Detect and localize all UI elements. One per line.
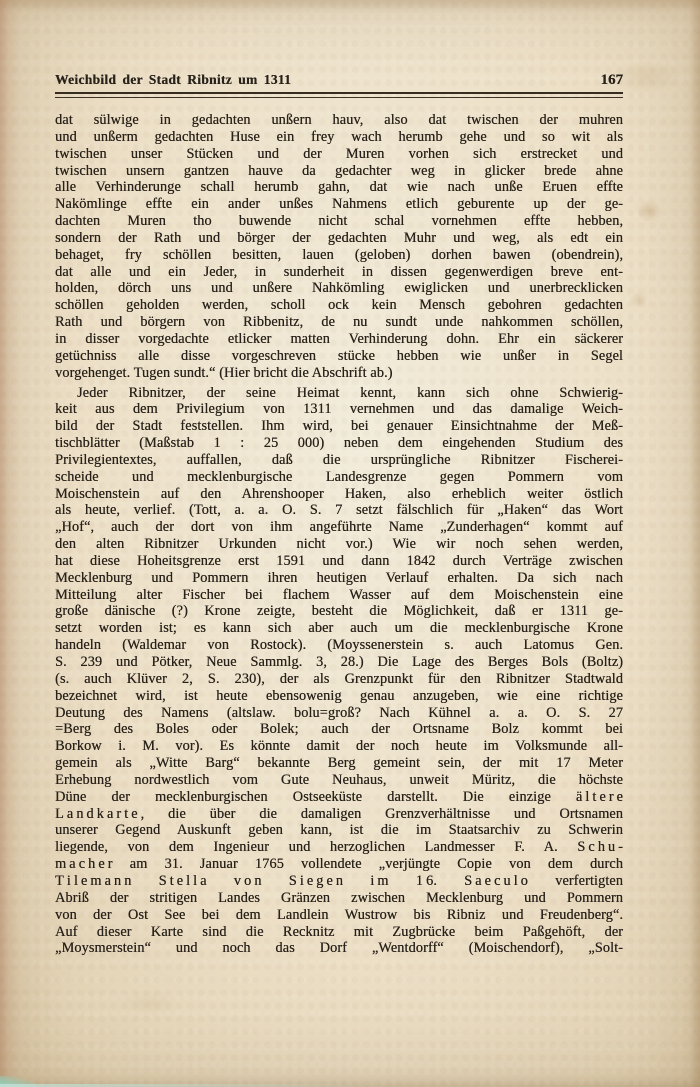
text-line: S. 239 und Pötker, Neue Sammlg. 3, 28.) … bbox=[55, 654, 623, 671]
text-line: tischblätter (Maßstab 1 : 25 000) neben … bbox=[55, 435, 623, 452]
text-line: Mitteilung alter Fischer bei flachem Was… bbox=[55, 587, 623, 604]
text-line: bild der Stadt feststellen. Ihm wird, be… bbox=[55, 418, 623, 435]
text-line: (s. auch Klüver 2, S. 230), der als Gren… bbox=[55, 671, 623, 688]
text-line: Moischenstein auf den Ahrenshooper Haken… bbox=[55, 486, 623, 503]
paragraph: Jeder Ribnitzer, der seine Heimat kennt,… bbox=[55, 385, 623, 958]
text-line: twischen unser Stücken und der Muren vor… bbox=[55, 146, 623, 163]
text-line: dat sülwige in gedachten unßern hauv, al… bbox=[55, 112, 623, 129]
text-line: gemein als „Witte Barg“ bekannte Berg ge… bbox=[55, 755, 623, 772]
text-line: Auf dieser Karte sind die Recknitz mit Z… bbox=[55, 924, 623, 941]
text-line: Düne der mecklenburgischen Ostseeküste d… bbox=[55, 789, 623, 806]
text-line: holden, dörch uns und unßere Nahkömling … bbox=[55, 280, 623, 297]
text-line: getüchniss alle disse vorgeschreven stüc… bbox=[55, 348, 623, 365]
text-line: T i l e m a n n S t e l l a v o n S i e … bbox=[55, 873, 623, 890]
text-line: und unßerm gedachten Huse ein frey wach … bbox=[55, 129, 623, 146]
header-divider-rule bbox=[55, 92, 623, 98]
text-line: setzt worden ist; es kann sich aber auch… bbox=[55, 620, 623, 637]
text-line: Erhebung nordwestlich vom Gute Neuhaus, … bbox=[55, 772, 623, 789]
scanned-page: Weichbild der Stadt Ribnitz um 1311 167 … bbox=[0, 0, 700, 1087]
text-line: Mecklenburg und Pommern ihren heutigen V… bbox=[55, 570, 623, 587]
paragraph: dat sülwige in gedachten unßern hauv, al… bbox=[55, 112, 623, 382]
text-line: „Moysmerstein“ und noch das Dorf „Wentdo… bbox=[55, 940, 623, 957]
text-line: keit aus dem Privilegium von 1311 verneh… bbox=[55, 401, 623, 418]
text-line: scheide und mecklenburgische Landesgrenz… bbox=[55, 469, 623, 486]
text-line: Abriß der stritigen Landes Gränzen zwisc… bbox=[55, 890, 623, 907]
text-line: Borkow i. M. vor). Es könnte damit der n… bbox=[55, 738, 623, 755]
paper-stain bbox=[120, 990, 180, 1016]
text-line: „Hof“, auch der dort von ihm angeführte … bbox=[55, 519, 623, 536]
text-line: von der Ost See bei dem Landlein Wustrow… bbox=[55, 907, 623, 924]
paper-stain bbox=[636, 200, 662, 222]
text-line: sondern der Rath und börger der gedachte… bbox=[55, 230, 623, 247]
text-line: schöllen geholden werden, scholl ock kei… bbox=[55, 297, 623, 314]
page-header: Weichbild der Stadt Ribnitz um 1311 167 bbox=[55, 72, 623, 89]
text-line: in disser vorgedachte etlicker matten Ve… bbox=[55, 331, 623, 348]
text-line: handeln (Waldemar von Rostock). (Moyssen… bbox=[55, 637, 623, 654]
page-number: 167 bbox=[601, 72, 624, 89]
text-line: hat diese Hoheitsgrenze erst 1591 und da… bbox=[55, 553, 623, 570]
text-line: unserer Gegend Auskunft geben kann, ist … bbox=[55, 822, 623, 839]
text-line: alle Verhinderunge schall herumb gahn, d… bbox=[55, 179, 623, 196]
text-line: vorgehenget. Tugen sundt.“ (Hier bricht … bbox=[55, 365, 623, 382]
text-line: bezeichnet wird, ist heute ebensowenig g… bbox=[55, 688, 623, 705]
text-line: dachten Muren tho buwende nicht schal vo… bbox=[55, 213, 623, 230]
text-line: den alten Ribnitzer Urkunden nicht vor.)… bbox=[55, 536, 623, 553]
text-line: L a n d k a r t e , die über die damalig… bbox=[55, 806, 623, 823]
text-line: Privilegientextes, auffallen, daß die ur… bbox=[55, 452, 623, 469]
text-line: dat alle und ein Jeder, in sunderheit in… bbox=[55, 264, 623, 281]
text-line: liegende, von dem Ingenieur und herzogli… bbox=[55, 839, 623, 856]
text-line: große dänische (?) Krone zeigte, besteht… bbox=[55, 603, 623, 620]
page-content: Weichbild der Stadt Ribnitz um 1311 167 … bbox=[55, 72, 623, 957]
text-line: Rath und börgern von Ribbenitz, de nu su… bbox=[55, 314, 623, 331]
text-line: Deutung des Namens (altslaw. bolu=groß? … bbox=[55, 705, 623, 722]
text-line: behaget, fry schöllen besitten, lauen (g… bbox=[55, 247, 623, 264]
text-line: Jeder Ribnitzer, der seine Heimat kennt,… bbox=[55, 385, 623, 402]
text-line: Nakömlinge effte ein ander unßes Nahmens… bbox=[55, 196, 623, 213]
text-line: m a c h e r am 31. Januar 1765 vollendet… bbox=[55, 856, 623, 873]
paper-stain bbox=[630, 292, 648, 308]
text-line: twischen unsern gantzen hauve da gedacht… bbox=[55, 163, 623, 180]
text-line: =Berg des Boles oder Bolek; auch der Ort… bbox=[55, 721, 623, 738]
running-header-title: Weichbild der Stadt Ribnitz um 1311 bbox=[55, 72, 291, 88]
body-text: dat sülwige in gedachten unßern hauv, al… bbox=[55, 112, 623, 957]
text-line: als heute, verlief. (Tott, a. a. O. S. 7… bbox=[55, 502, 623, 519]
